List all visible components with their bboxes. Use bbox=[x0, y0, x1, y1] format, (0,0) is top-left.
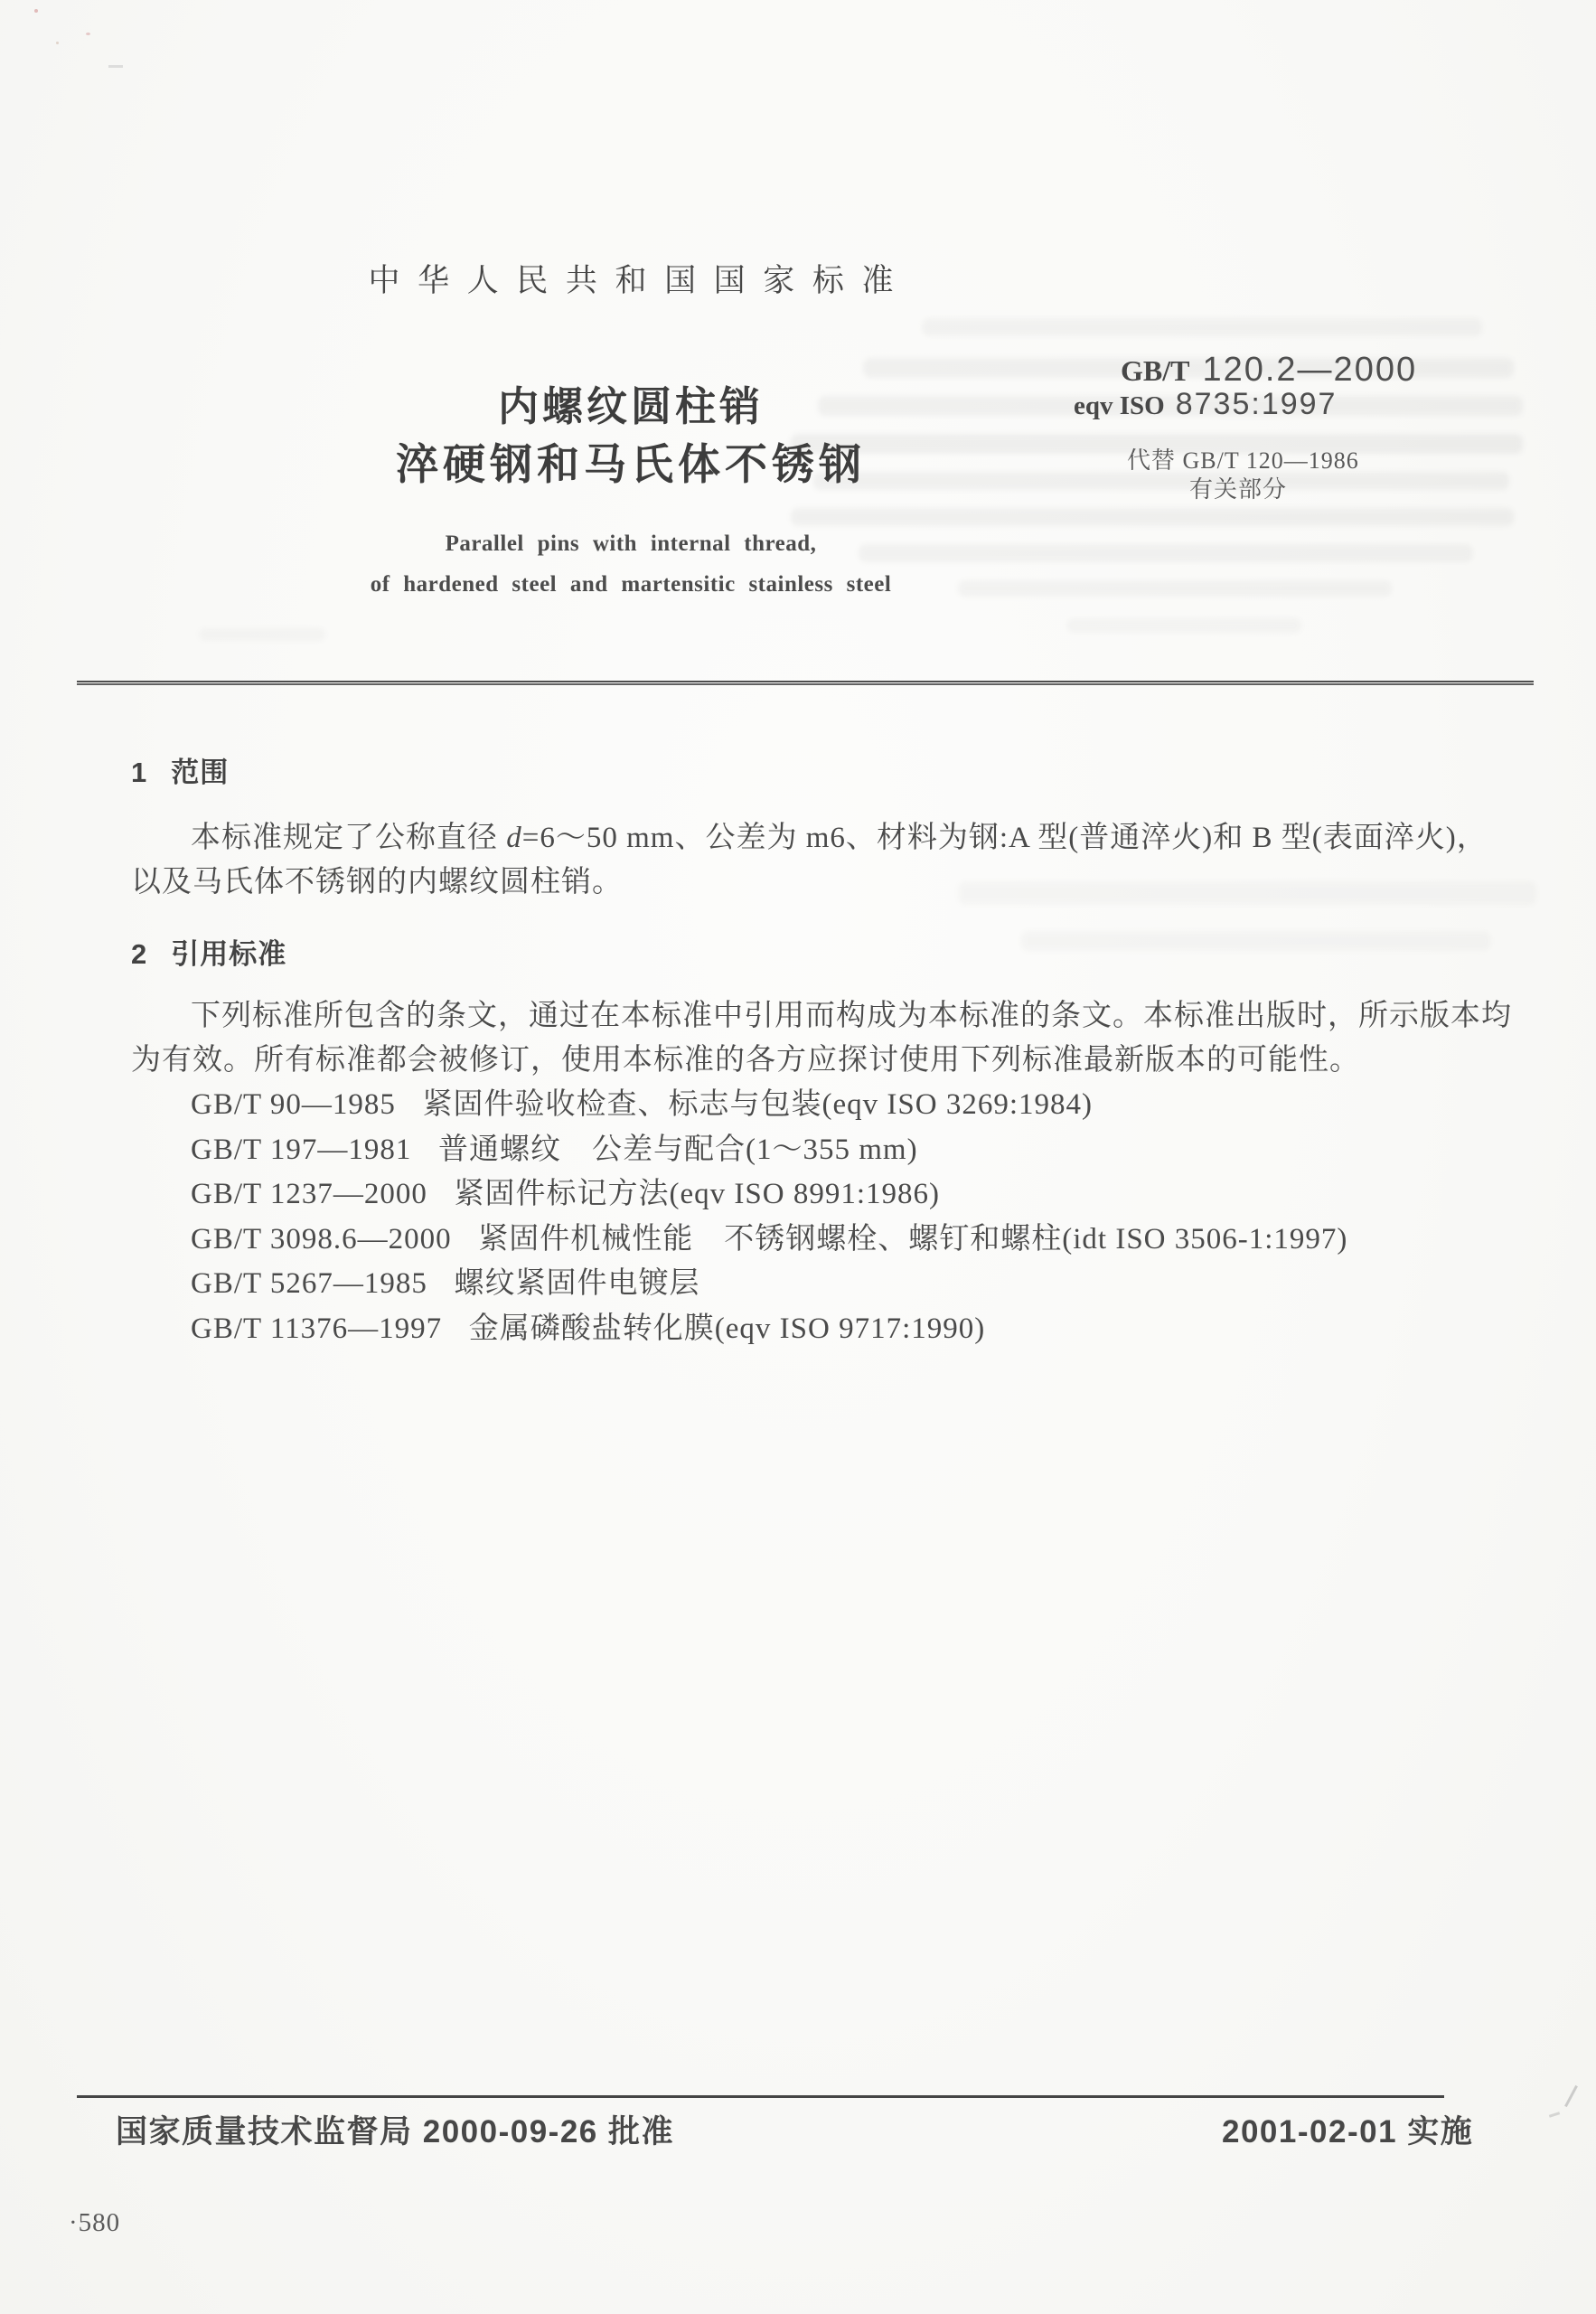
referenced-standards-list: GB/T 90—1985紧固件验收检查、标志与包装(eqv ISO 3269:1… bbox=[131, 1083, 1541, 1352]
scan-smudge bbox=[108, 65, 123, 68]
referenced-standard-item: GB/T 11376—1997金属磷酸盐转化膜(eqv ISO 9717:199… bbox=[191, 1307, 1541, 1352]
referenced-standard-code: GB/T 5267—1985 bbox=[191, 1267, 427, 1300]
referenced-standard-code: GB/T 1237—2000 bbox=[191, 1178, 427, 1210]
scope-text: 本标准规定了公称直径 bbox=[191, 822, 506, 854]
national-standard-masthead: 中华人民共和国国家标准 bbox=[224, 256, 1037, 301]
scanned-standard-page: 中华人民共和国国家标准 内螺纹圆柱销 淬硬钢和马氏体不锈钢 Parallel p… bbox=[0, 0, 1596, 2314]
section-number: 1 bbox=[131, 757, 147, 788]
scan-speck bbox=[56, 42, 59, 44]
standard-title-en-line1: Parallel pins with internal thread, bbox=[224, 531, 1037, 557]
section-title: 范围 bbox=[171, 757, 229, 788]
scope-line-2: 以及马氏体不锈钢的内螺纹圆柱销。 bbox=[131, 861, 1541, 905]
iso-eqv-prefix: eqv ISO bbox=[1074, 391, 1165, 421]
section-heading-scope: 1范围 bbox=[131, 750, 1541, 795]
iso-equivalence: eqv ISO 8735:1997 bbox=[1074, 387, 1337, 422]
scope-paragraph: 本标准规定了公称直径 d=6～50 mm、公差为 m6、材料为钢:A 型(普通淬… bbox=[131, 816, 1541, 905]
section-heading-references: 2引用标准 bbox=[131, 932, 1541, 976]
references-intro-paragraph: 下列标准所包含的条文，通过在本标准中引用而构成为本标准的条文。本标准出版时，所示… bbox=[131, 994, 1541, 1083]
referenced-standard-title: 紧固件标记方法(eqv ISO 8991:1986) bbox=[455, 1178, 940, 1210]
referenced-standard-code: GB/T 197—1981 bbox=[191, 1133, 411, 1166]
supersedes-note-line2: 有关部分 bbox=[1189, 471, 1287, 504]
pencil-mark bbox=[1549, 2112, 1560, 2118]
page-number: ·580 bbox=[69, 2208, 120, 2238]
footer-rule bbox=[77, 2095, 1444, 2098]
section-number: 2 bbox=[131, 938, 147, 970]
referenced-standard-item: GB/T 197—1981普通螺纹 公差与配合(1～355 mm) bbox=[191, 1128, 1541, 1173]
scope-line-1: 本标准规定了公称直径 d=6～50 mm、公差为 m6、材料为钢:A 型(普通淬… bbox=[131, 816, 1541, 861]
referenced-standard-item: GB/T 1237—2000紧固件标记方法(eqv ISO 8991:1986) bbox=[191, 1172, 1541, 1218]
document-body: 1范围 本标准规定了公称直径 d=6～50 mm、公差为 m6、材料为钢:A 型… bbox=[131, 750, 1541, 1352]
references-intro-line-1: 下列标准所包含的条文，通过在本标准中引用而构成为本标准的条文。本标准出版时，所示… bbox=[131, 994, 1541, 1039]
referenced-standard-code: GB/T 3098.6—2000 bbox=[191, 1223, 452, 1256]
referenced-standard-title: 普通螺纹 公差与配合(1～355 mm) bbox=[438, 1133, 918, 1166]
scan-speck bbox=[34, 9, 38, 13]
referenced-standard-item: GB/T 5267—1985螺纹紧固件电镀层 bbox=[191, 1262, 1541, 1307]
approval-authority-date: 国家质量技术监督局 2000-09-26 批准 bbox=[116, 2107, 674, 2152]
bleed-through-artifact bbox=[922, 318, 1482, 336]
iso-eqv-number: 8735:1997 bbox=[1176, 387, 1338, 422]
referenced-standard-code: GB/T 90—1985 bbox=[191, 1088, 396, 1121]
standard-code-number: 120.2—2000 bbox=[1202, 351, 1417, 390]
standard-title-en-line2: of hardened steel and martensitic stainl… bbox=[224, 572, 1037, 597]
referenced-standard-code: GB/T 11376—1997 bbox=[191, 1312, 442, 1345]
referenced-standard-title: 紧固件验收检查、标志与包装(eqv ISO 3269:1984) bbox=[423, 1088, 1093, 1121]
pencil-mark bbox=[1564, 2085, 1578, 2107]
standard-designation: GB/T 120.2—2000 bbox=[1121, 351, 1417, 390]
standard-title-cn-line2: 淬硬钢和马氏体不锈钢 bbox=[224, 431, 1037, 492]
bleed-through-artifact bbox=[199, 628, 325, 641]
referenced-standard-item: GB/T 90—1985紧固件验收检查、标志与包装(eqv ISO 3269:1… bbox=[191, 1083, 1541, 1128]
bleed-through-artifact bbox=[1066, 618, 1301, 633]
referenced-standard-title: 金属磷酸盐转化膜(eqv ISO 9717:1990) bbox=[469, 1312, 985, 1345]
title-divider-rule bbox=[77, 681, 1534, 685]
diameter-symbol: d bbox=[506, 822, 522, 854]
implementation-date: 2001-02-01 实施 bbox=[1222, 2107, 1473, 2152]
referenced-standard-title: 紧固件机械性能 不锈钢螺栓、螺钉和螺柱(idt ISO 3506-1:1997) bbox=[478, 1223, 1347, 1256]
standard-code-prefix: GB/T bbox=[1121, 354, 1189, 388]
references-intro-line-2: 为有效。所有标准都会被修订，使用本标准的各方应探讨使用下列标准最新版本的可能性。 bbox=[131, 1039, 1541, 1083]
scope-text: =6～50 mm、公差为 m6、材料为钢:A 型(普通淬火)和 B 型(表面淬火… bbox=[522, 822, 1488, 854]
scan-speck bbox=[86, 33, 90, 35]
referenced-standard-title: 螺纹紧固件电镀层 bbox=[455, 1267, 700, 1300]
standard-title-cn-line1: 内螺纹圆柱销 bbox=[224, 373, 1037, 432]
referenced-standard-item: GB/T 3098.6—2000紧固件机械性能 不锈钢螺栓、螺钉和螺柱(idt … bbox=[191, 1218, 1541, 1263]
bleed-through-artifact bbox=[791, 508, 1514, 526]
section-title: 引用标准 bbox=[171, 938, 286, 970]
